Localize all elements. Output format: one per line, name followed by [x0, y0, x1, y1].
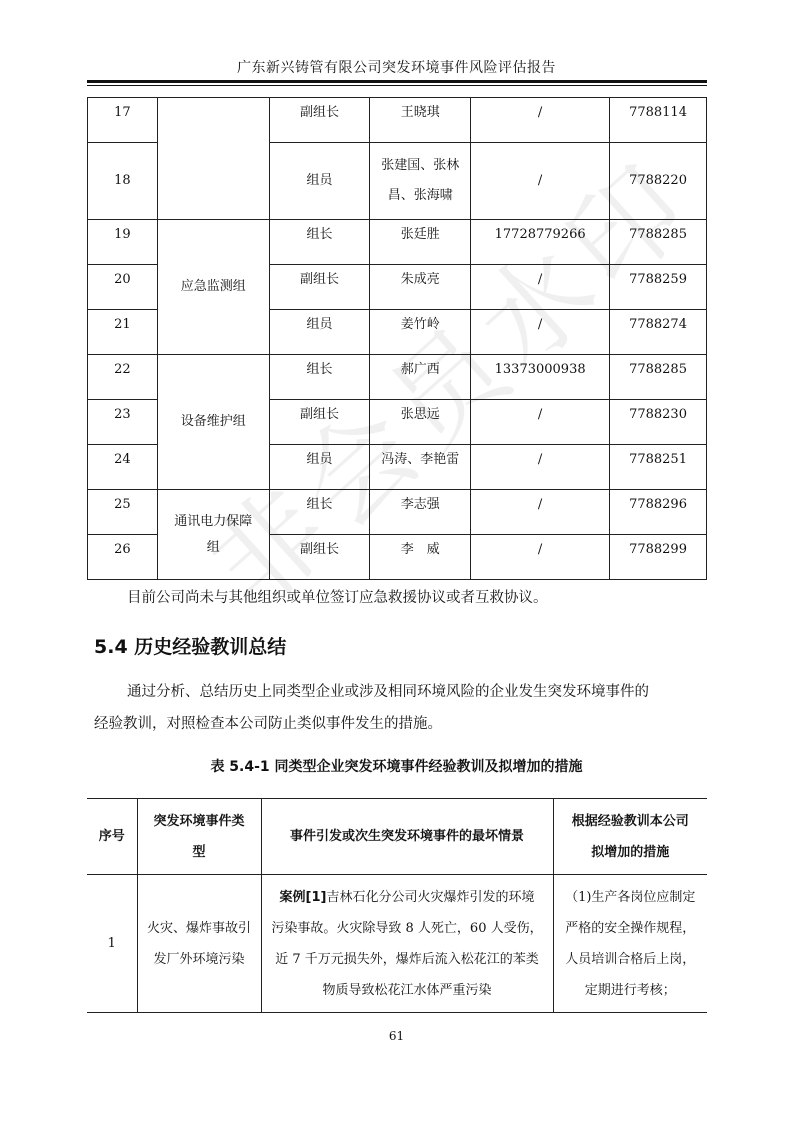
role-cell: 组长 [269, 355, 370, 400]
name-line: 昌、张海啸 [370, 181, 470, 211]
name-cell: 张建国、张林昌、张海啸 [370, 143, 471, 220]
scenario-text: 吉林石化分公司火灾爆炸引发的环境 [326, 890, 534, 905]
mobile-cell: 13373000938 [471, 355, 610, 400]
measure-line: 定期进行考核； [558, 975, 704, 1006]
name-cell: 王晓琪 [370, 98, 471, 143]
phone-cell: 7788296 [610, 490, 707, 535]
page-header: 广东新兴铸管有限公司突发环境事件风险评估报告 [0, 57, 793, 77]
type-line: 火灾、爆炸事故引 [142, 913, 257, 944]
row-number: 1 [87, 875, 137, 1013]
role-cell: 组员 [269, 445, 370, 490]
paragraph-line-2: 经验教训，对照检查本公司防止类似事件发生的措施。 [94, 708, 442, 740]
name-cell: 张思远 [370, 400, 471, 445]
group-line: 组 [158, 535, 269, 561]
mobile-cell: / [471, 445, 610, 490]
mobile-cell: 17728779266 [471, 220, 610, 265]
case-label: 案例[1] [280, 890, 327, 905]
page-number: 61 [0, 1029, 793, 1043]
row-number: 24 [88, 445, 158, 490]
mobile-cell: / [471, 400, 610, 445]
table-caption: 表 5.4-1 同类型企业突发环境事件经验教训及拟增加的措施 [0, 756, 793, 776]
mobile-cell: / [471, 143, 610, 220]
type-cell: 火灾、爆炸事故引发厂外环境污染 [137, 875, 261, 1013]
scenario-line: 污染事故。火灾除导致 8 人死亡，60 人受伤， [266, 913, 549, 944]
measure-cell: （1)生产各岗位应制定 严格的安全操作规程， 人员培训合格后上岗， 定期进行考核… [553, 875, 707, 1013]
group-cell: 应急监测组 [157, 220, 269, 355]
section-heading: 5.4 历史经验教训总结 [94, 632, 286, 659]
header-rule-thin [87, 85, 707, 86]
role-cell: 副组长 [269, 265, 370, 310]
phone-cell: 7788299 [610, 535, 707, 580]
mobile-cell: / [471, 535, 610, 580]
name-cell: 郝广西 [370, 355, 471, 400]
scenario-line: 近 7 千万元损失外，爆炸后流入松花江的苯类 [266, 944, 549, 975]
header-line: 突发环境事件类 [142, 806, 257, 837]
row-number: 21 [88, 310, 158, 355]
header-line: 型 [142, 837, 257, 868]
table-row: 19 应急监测组 组长 张廷胜 17728779266 7788285 [88, 220, 707, 265]
name-cell: 朱成亮 [370, 265, 471, 310]
phone-cell: 7788220 [610, 143, 707, 220]
contact-table: 17 副组长 王晓琪 / 7788114 18 组员 张建国、张林昌、张海啸 /… [87, 97, 707, 580]
role-cell: 副组长 [269, 98, 370, 143]
mobile-cell: / [471, 98, 610, 143]
role-cell: 副组长 [269, 400, 370, 445]
row-number: 25 [88, 490, 158, 535]
phone-cell: 7788251 [610, 445, 707, 490]
phone-cell: 7788114 [610, 98, 707, 143]
type-line: 发厂外环境污染 [142, 944, 257, 975]
header-rule-thick [87, 80, 707, 83]
name-cell: 张廷胜 [370, 220, 471, 265]
header-type: 突发环境事件类型 [137, 799, 261, 875]
role-cell: 组员 [269, 143, 370, 220]
row-number: 17 [88, 98, 158, 143]
group-cell: 通讯电力保障组 [157, 490, 269, 580]
measure-line: （1)生产各岗位应制定 [558, 882, 704, 913]
group-line: 通讯电力保障 [158, 509, 269, 535]
table-row: 22 设备维护组 组长 郝广西 13373000938 7788285 [88, 355, 707, 400]
measure-line: 人员培训合格后上岗， [558, 944, 704, 975]
name-cell: 冯涛、李艳雷 [370, 445, 471, 490]
header-scenario: 事件引发或次生突发环境事件的最坏情景 [261, 799, 553, 875]
mobile-cell: / [471, 310, 610, 355]
table-row: 1 火灾、爆炸事故引发厂外环境污染 案例[1]吉林石化分公司火灾爆炸引发的环境 … [87, 875, 707, 1013]
row-number: 19 [88, 220, 158, 265]
scenario-line: 物质导致松花江水体严重污染 [266, 975, 549, 1006]
name-cell: 李志强 [370, 490, 471, 535]
phone-cell: 7788259 [610, 265, 707, 310]
table-header-row: 序号 突发环境事件类型 事件引发或次生突发环境事件的最坏情景 根据经验教训本公司… [87, 799, 707, 875]
lessons-table: 序号 突发环境事件类型 事件引发或次生突发环境事件的最坏情景 根据经验教训本公司… [87, 798, 707, 1013]
role-cell: 组长 [269, 490, 370, 535]
scenario-cell: 案例[1]吉林石化分公司火灾爆炸引发的环境 污染事故。火灾除导致 8 人死亡，6… [261, 875, 553, 1013]
header-line: 拟增加的措施 [558, 837, 704, 868]
table-row: 25 通讯电力保障组 组长 李志强 / 7788296 [88, 490, 707, 535]
mobile-cell: / [471, 265, 610, 310]
group-cell: 设备维护组 [157, 355, 269, 490]
row-number: 26 [88, 535, 158, 580]
measure-line: 严格的安全操作规程， [558, 913, 704, 944]
phone-cell: 7788274 [610, 310, 707, 355]
phone-cell: 7788230 [610, 400, 707, 445]
group-cell [157, 98, 269, 220]
row-number: 20 [88, 265, 158, 310]
header-measure: 根据经验教训本公司拟增加的措施 [553, 799, 707, 875]
row-number: 22 [88, 355, 158, 400]
header-line: 根据经验教训本公司 [558, 806, 704, 837]
name-cell: 李 威 [370, 535, 471, 580]
row-number: 23 [88, 400, 158, 445]
role-cell: 副组长 [269, 535, 370, 580]
role-cell: 组员 [269, 310, 370, 355]
note-text: 目前公司尚未与其他组织或单位签订应急救援协议或者互救协议。 [127, 582, 548, 614]
name-line: 张建国、张林 [370, 151, 470, 181]
header-no: 序号 [87, 799, 137, 875]
table-row: 17 副组长 王晓琪 / 7788114 [88, 98, 707, 143]
row-number: 18 [88, 143, 158, 220]
phone-cell: 7788285 [610, 355, 707, 400]
paragraph-line-1: 通过分析、总结历史上同类型企业或涉及相同环境风险的企业发生突发环境事件的 [127, 676, 649, 708]
scenario-line: 案例[1]吉林石化分公司火灾爆炸引发的环境 [266, 882, 549, 913]
mobile-cell: / [471, 490, 610, 535]
role-cell: 组长 [269, 220, 370, 265]
name-cell: 姜竹岭 [370, 310, 471, 355]
phone-cell: 7788285 [610, 220, 707, 265]
